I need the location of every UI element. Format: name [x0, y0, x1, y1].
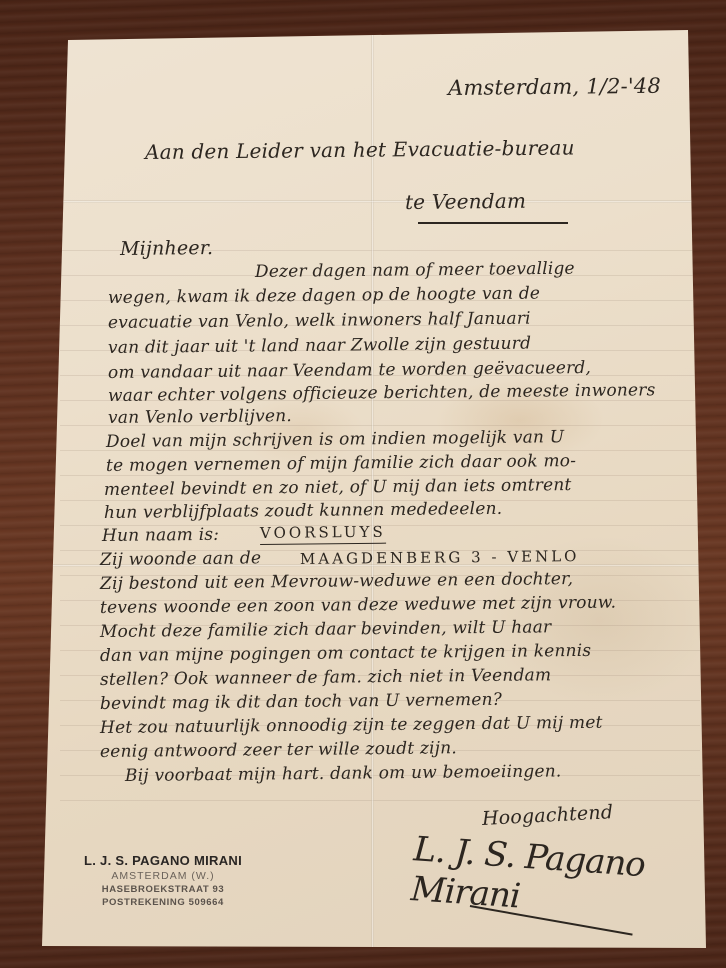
salutation: Mijnheer.	[120, 237, 213, 260]
body-line: van Venlo verblijven.	[108, 406, 292, 428]
body-line: hun verblijfplaats zoudt kunnen mededeel…	[104, 499, 503, 523]
letterhead-street: HASEBROEKSTRAAT 93	[78, 884, 248, 895]
family-name: VOORSLUYS	[260, 523, 386, 545]
body-line-name-label: Hun naam is:	[102, 525, 219, 546]
body-line-address-label: Zij woonde aan de	[100, 548, 261, 570]
addressee-line-1: Aan den Leider van het Evacuatie-bureau	[145, 136, 575, 164]
addressee-line-2: te Veendam	[405, 189, 526, 214]
letterhead-name: L. J. S. PAGANO MIRANI	[78, 853, 248, 868]
body-line: bevindt mag ik dit dan toch van U vernem…	[100, 690, 502, 714]
letterhead-account: POSTREKENING 509664	[78, 897, 248, 908]
body-line: Dezer dagen nam of meer toevallige	[255, 259, 575, 282]
place-date: Amsterdam, 1/2-'48	[448, 74, 661, 100]
letterhead-stamp: L. J. S. PAGANO MIRANI AMSTERDAM (W.) HA…	[78, 853, 248, 908]
horizontal-fold-top	[50, 200, 705, 203]
addressee-underline	[418, 222, 568, 224]
letterhead-city: AMSTERDAM (W.)	[78, 870, 248, 882]
address: MAAGDENBERG 3 - VENLO	[300, 547, 580, 568]
body-line: eenig antwoord zeer ter wille zoudt zijn…	[100, 738, 457, 762]
